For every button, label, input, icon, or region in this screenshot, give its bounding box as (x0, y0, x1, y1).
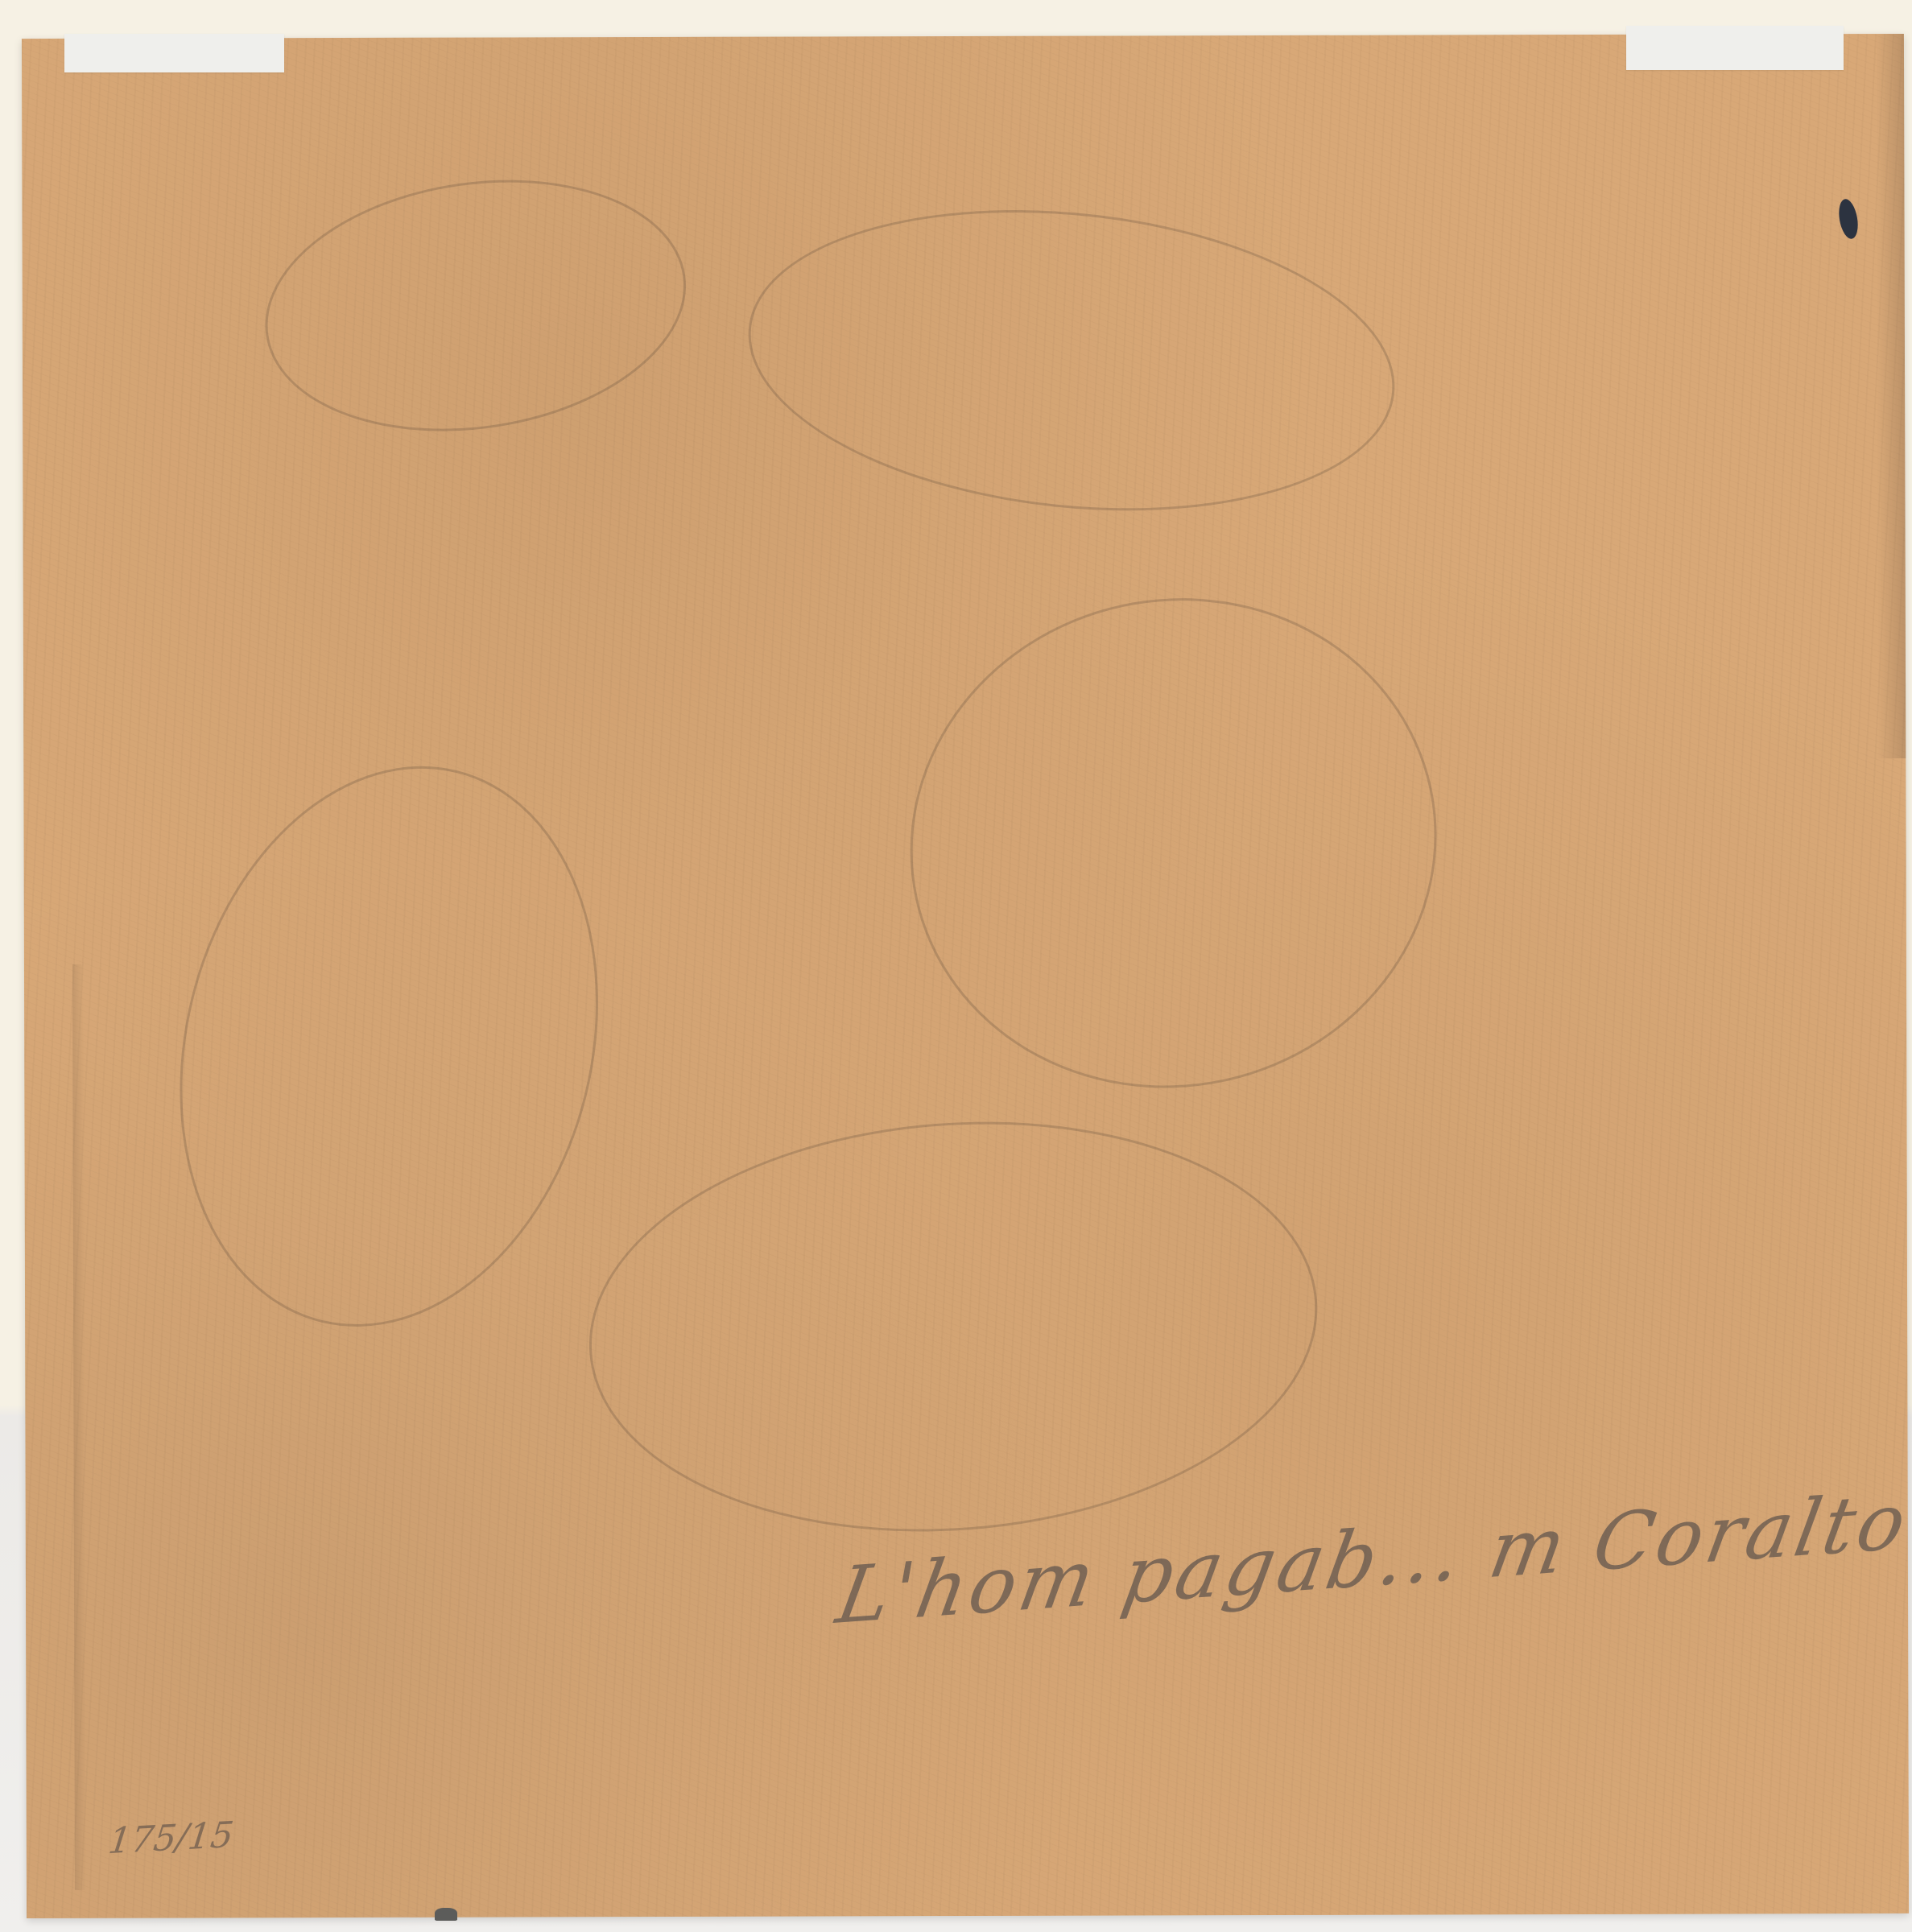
offset-mark (575, 1097, 1332, 1556)
sheet-fold-shading (72, 964, 86, 1890)
inventory-number: 175/15 (106, 1814, 236, 1863)
offset-mark (733, 181, 1409, 540)
paper-sheet (22, 34, 1909, 1918)
edge-stain (435, 1908, 457, 1921)
offset-mark (123, 722, 655, 1372)
offset-mark (249, 154, 703, 457)
hinge-tape-right (1626, 26, 1844, 70)
offset-mark (864, 549, 1483, 1137)
sheet-edge-shading (1876, 34, 1906, 758)
hinge-tape-left (64, 34, 284, 72)
